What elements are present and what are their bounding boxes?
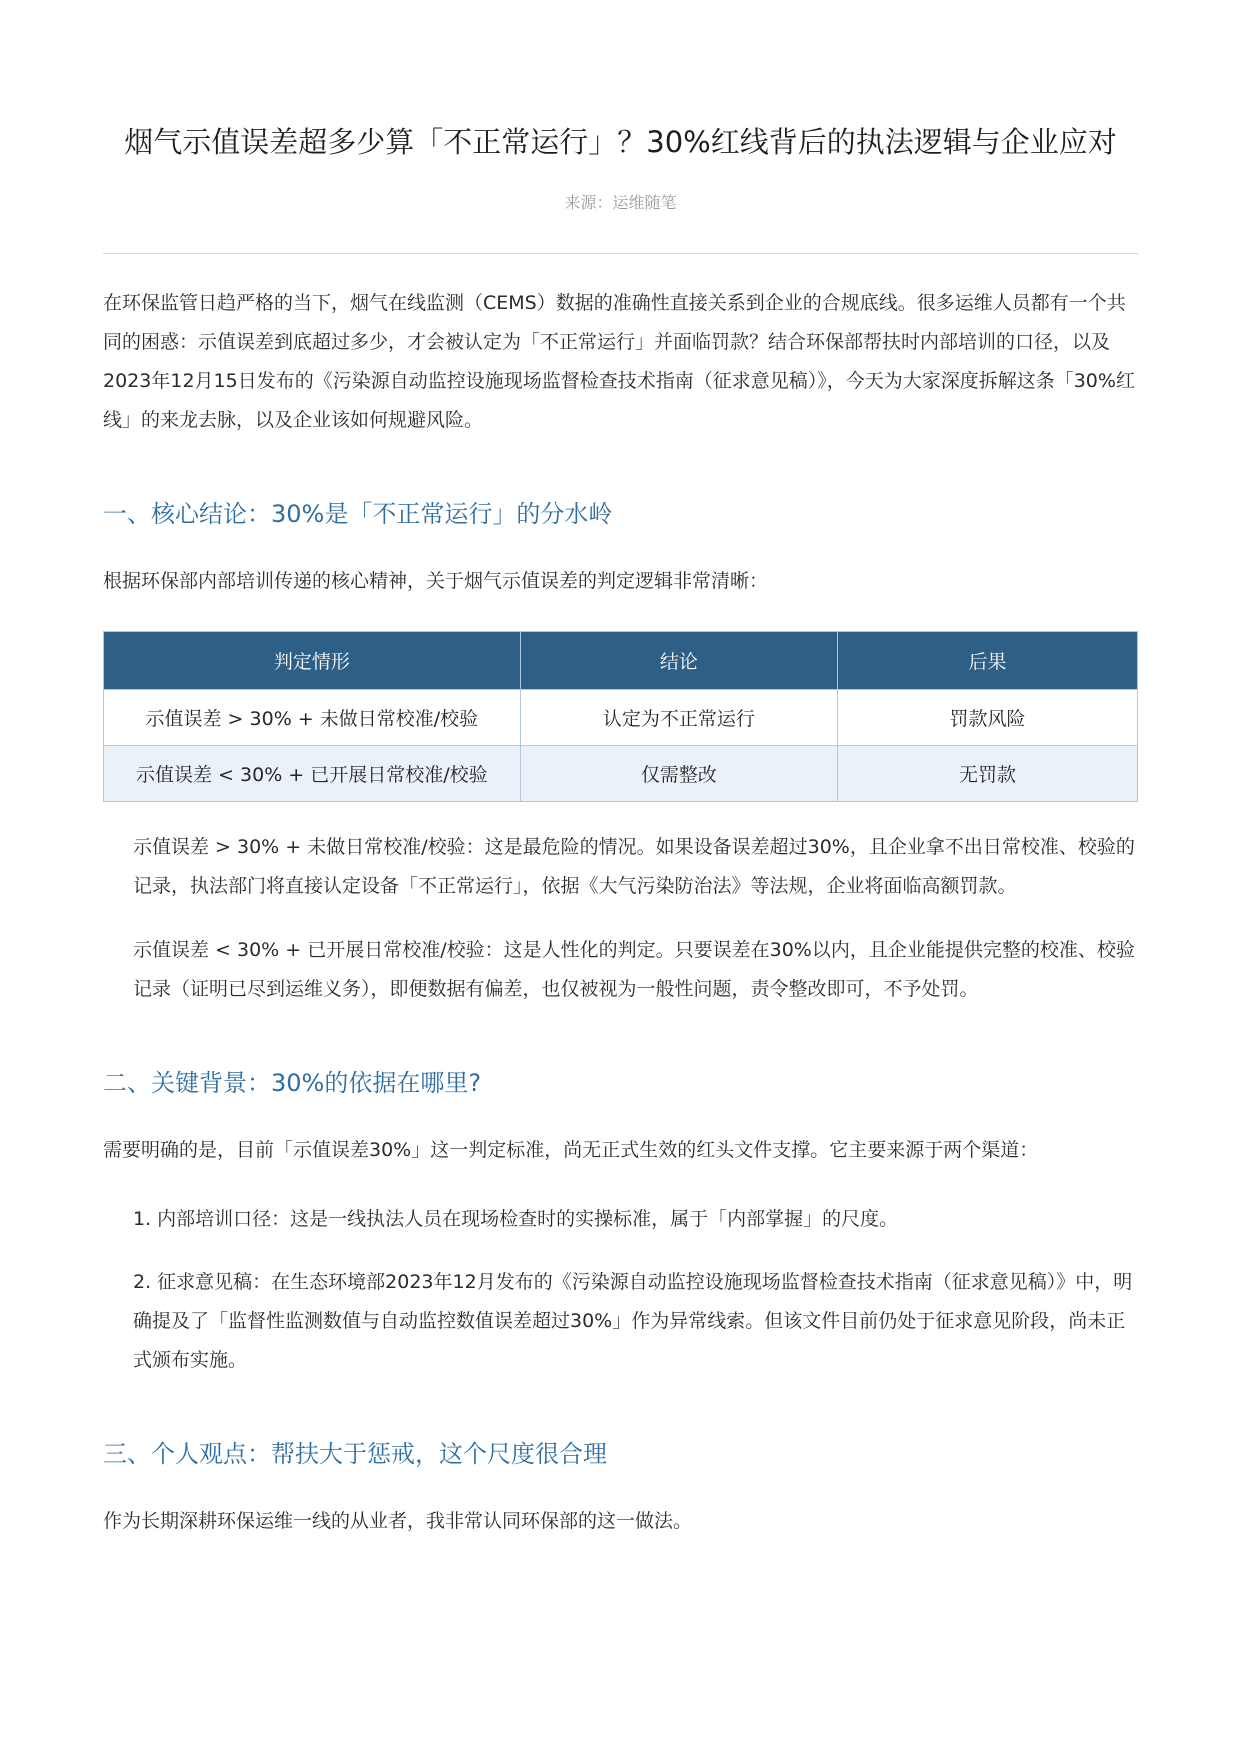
col-header-consequence: 后果 (838, 631, 1138, 689)
table-row: 示值误差 < 30% + 已开展日常校准/校验 仅需整改 无罚款 (104, 745, 1138, 801)
section-1-heading: 一、核心结论：30%是「不正常运行」的分水岭 (103, 496, 1138, 532)
table-cell-consequence: 罚款风险 (838, 689, 1138, 745)
table-header-row: 判定情形 结论 后果 (104, 631, 1138, 689)
col-header-situation: 判定情形 (104, 631, 521, 689)
table-row: 示值误差 > 30% + 未做日常校准/校验 认定为不正常运行 罚款风险 (104, 689, 1138, 745)
intro-paragraph: 在环保监管日趋严格的当下，烟气在线监测（CEMS）数据的准确性直接关系到企业的合… (103, 284, 1138, 440)
page-title: 烟气示值误差超多少算「不正常运行」？30%红线背后的执法逻辑与企业应对 (103, 118, 1138, 168)
list-item-internal-training: 1. 内部培训口径：这是一线执法人员在现场检查时的实操标准，属于「内部掌握」的尺… (103, 1200, 1138, 1239)
source-line: 来源：运维随笔 (103, 190, 1138, 213)
section-2-lead: 需要明确的是，目前「示值误差30%」这一判定标准，尚无正式生效的红头文件支撑。它… (103, 1131, 1138, 1170)
note-under-threshold: 示值误差 < 30% + 已开展日常校准/校验：这是人性化的判定。只要误差在30… (103, 931, 1138, 1009)
col-header-conclusion: 结论 (520, 631, 837, 689)
divider (103, 253, 1138, 254)
judgment-table-header: 判定情形 结论 后果 (104, 631, 1138, 689)
table-cell-conclusion: 仅需整改 (520, 745, 837, 801)
note-over-threshold: 示值误差 > 30% + 未做日常校准/校验：这是最危险的情况。如果设备误差超过… (103, 828, 1138, 906)
section-2-heading: 二、关键背景：30%的依据在哪里? (103, 1065, 1138, 1101)
table-cell-situation: 示值误差 < 30% + 已开展日常校准/校验 (104, 745, 521, 801)
list-item-draft-guideline: 2. 征求意见稿：在生态环境部2023年12月发布的《污染源自动监控设施现场监督… (103, 1263, 1138, 1380)
table-cell-conclusion: 认定为不正常运行 (520, 689, 837, 745)
section-3-lead: 作为长期深耕环保运维一线的从业者，我非常认同环保部的这一做法。 (103, 1502, 1138, 1541)
judgment-table: 判定情形 结论 后果 示值误差 > 30% + 未做日常校准/校验 认定为不正常… (103, 631, 1138, 802)
table-cell-consequence: 无罚款 (838, 745, 1138, 801)
article-page: 烟气示值误差超多少算「不正常运行」？30%红线背后的执法逻辑与企业应对 来源：运… (103, 0, 1138, 1541)
table-cell-situation: 示值误差 > 30% + 未做日常校准/校验 (104, 689, 521, 745)
section-1-lead: 根据环保部内部培训传递的核心精神，关于烟气示值误差的判定逻辑非常清晰： (103, 562, 1138, 601)
section-3-heading: 三、个人观点：帮扶大于惩戒，这个尺度很合理 (103, 1436, 1138, 1472)
